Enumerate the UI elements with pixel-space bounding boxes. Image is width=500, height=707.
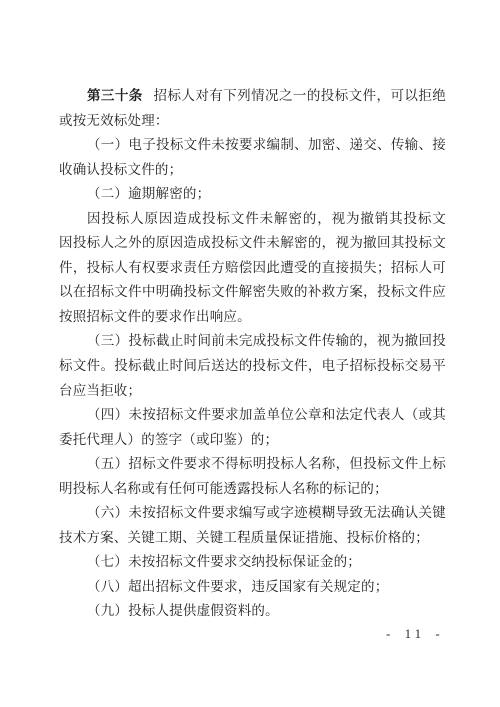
text-line: （七）未按招标文件要求交纳投标保证金的； xyxy=(59,550,446,575)
text-line: 因投标人原因造成投标文件未解密的，视为撤销其投标文件； xyxy=(59,207,446,232)
text-line: （九）投标人提供虚假资料的。 xyxy=(59,599,446,624)
text-line: （一）电子投标文件未按要求编制、加密、递交、传输、接 xyxy=(59,133,446,158)
document-page: 第三十条招标人对有下列情况之一的投标文件，可以拒绝 或按无效标处理： （一）电子… xyxy=(0,0,500,707)
text-line: 以在招标文件中明确投标文件解密失败的补救方案，投标文件应 xyxy=(59,280,446,305)
text-line: 因投标人之外的原因造成投标文件未解密的，视为撤回其投标文 xyxy=(59,231,446,256)
text-line: （三）投标截止时间前未完成投标文件传输的，视为撤回投 xyxy=(59,329,446,354)
text-line: 件，投标人有权要求责任方赔偿因此遭受的直接损失；招标人可 xyxy=(59,256,446,281)
text-line: 收确认投标文件的； xyxy=(59,158,446,183)
text-line: 明投标人名称或有任何可能透露投标人名称的标记的； xyxy=(59,477,446,502)
text-line: 技术方案、关键工期、关键工程质量保证措施、投标价格的； xyxy=(59,526,446,551)
text-line: （二）逾期解密的； xyxy=(59,182,446,207)
text-line: 委托代理人）的签字（或印鉴）的； xyxy=(59,428,446,453)
text-line: 标文件。投标截止时间后送达的投标文件，电子招标投标交易平 xyxy=(59,354,446,379)
article-heading-line: 第三十条招标人对有下列情况之一的投标文件，可以拒绝 xyxy=(59,84,446,109)
text-line: （八）超出招标文件要求，违反国家有关规定的； xyxy=(59,575,446,600)
text-line: （四）未按招标文件要求加盖单位公章和法定代表人（或其 xyxy=(59,403,446,428)
page-number: - 11 - xyxy=(386,626,450,642)
text-line: 台应当拒收； xyxy=(59,379,446,404)
article-body: 第三十条招标人对有下列情况之一的投标文件，可以拒绝 或按无效标处理： （一）电子… xyxy=(59,84,446,624)
article-number: 第三十条 xyxy=(87,88,143,103)
text-line: 按照招标文件的要求作出响应。 xyxy=(59,305,446,330)
text-line: （六）未按招标文件要求编写或字迹模糊导致无法确认关键 xyxy=(59,501,446,526)
article-heading-text: 招标人对有下列情况之一的投标文件，可以拒绝 xyxy=(154,88,446,103)
text-line: 或按无效标处理： xyxy=(59,109,446,134)
text-line: （五）招标文件要求不得标明投标人名称，但投标文件上标 xyxy=(59,452,446,477)
